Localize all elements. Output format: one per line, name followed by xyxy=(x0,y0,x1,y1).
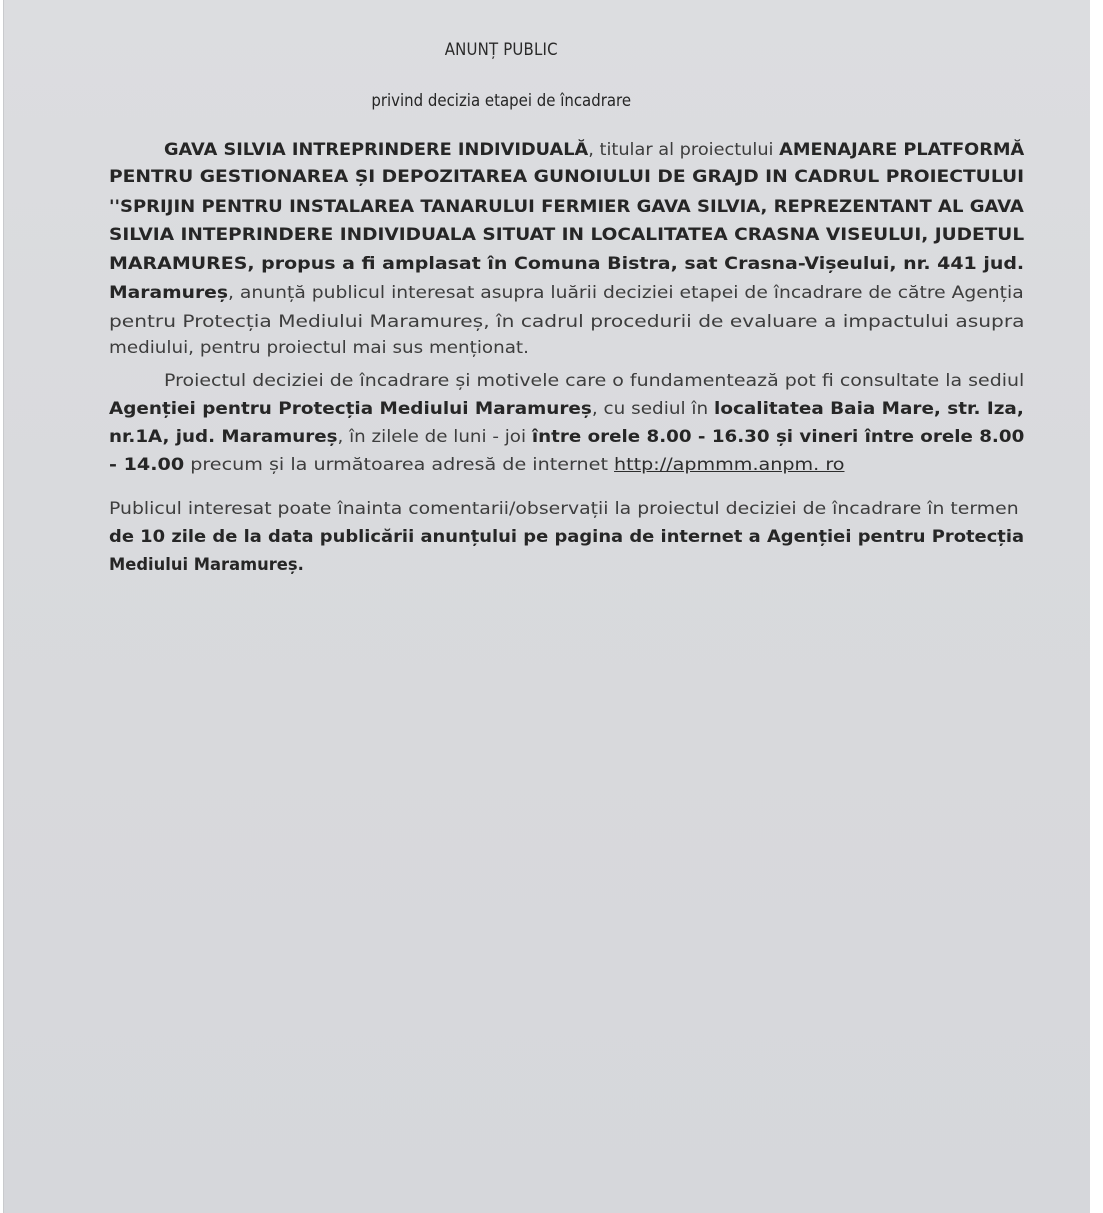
text: Proiectul deciziei de încadrare și motiv… xyxy=(164,371,1024,391)
bold-text: de 10 zile de la data publicării anunțul… xyxy=(109,527,1024,547)
bold-text: între orele 8.00 - 16.30 și vineri între… xyxy=(532,427,1024,447)
text-line: Proiectul deciziei de încadrare și motiv… xyxy=(164,371,1024,391)
text-line: - 14.00 precum și la următoarea adresă d… xyxy=(109,455,844,475)
text-line: PENTRU GESTIONAREA ȘI DEPOZITAREA GUNOIU… xyxy=(109,167,1024,187)
text: , anunță publicul interesat asupra luări… xyxy=(228,283,1024,303)
text-line: MARAMURES, propus a fi amplasat în Comun… xyxy=(109,254,1024,274)
bold-text: localitatea Baia Mare, str. Iza, xyxy=(714,399,1024,419)
text-line: Maramureș, anunță publicul interesat asu… xyxy=(109,283,1024,303)
text-line: Publicul interesat poate înainta comenta… xyxy=(109,499,1019,519)
text: pentru Protecția Mediului Maramureș, în … xyxy=(109,312,1025,332)
text: , în zilele de luni - joi xyxy=(337,427,531,447)
bold-text: AMENAJARE PLATFORMĂ xyxy=(779,140,1024,160)
document-title: ANUNȚ PUBLIC xyxy=(4,40,998,60)
bold-text: ''SPRIJIN PENTRU INSTALAREA TANARULUI FE… xyxy=(109,197,1024,217)
bold-text: MARAMURES, propus a fi amplasat în Comun… xyxy=(109,254,1024,274)
text-line: Agenției pentru Protecția Mediului Maram… xyxy=(109,399,1024,419)
bold-text: Mediului Maramureș. xyxy=(109,555,304,575)
text-line: pentru Protecția Mediului Maramureș, în … xyxy=(109,312,1025,332)
text-line: ''SPRIJIN PENTRU INSTALAREA TANARULUI FE… xyxy=(109,197,1024,217)
text-line: Mediului Maramureș. xyxy=(109,555,304,575)
bold-text: - 14.00 xyxy=(109,455,184,475)
bold-text: Maramureș xyxy=(109,283,228,303)
text-line: mediului, pentru proiectul mai sus menți… xyxy=(109,338,529,358)
bold-text: Agenției pentru Protecția Mediului Maram… xyxy=(109,399,592,419)
text: , titular al proiectului xyxy=(588,140,779,160)
text: mediului, pentru proiectul mai sus menți… xyxy=(109,338,529,358)
bold-text: GAVA SILVIA INTREPRINDERE INDIVIDUALĂ xyxy=(164,140,588,160)
text-line: SILVIA INTEPRINDERE INDIVIDUALA SITUAT I… xyxy=(109,225,1024,245)
text: Publicul interesat poate înainta comenta… xyxy=(109,499,1019,519)
website-link[interactable]: http://apmmm.anpm. ro xyxy=(614,455,844,475)
document-page: ANUNȚ PUBLIC privind decizia etapei de î… xyxy=(3,0,1090,1213)
text-line: GAVA SILVIA INTREPRINDERE INDIVIDUALĂ, t… xyxy=(164,140,1024,160)
bold-text: SILVIA INTEPRINDERE INDIVIDUALA SITUAT I… xyxy=(109,225,1024,245)
text: , cu sediul în xyxy=(592,399,714,419)
text: precum și la următoarea adresă de intern… xyxy=(184,455,614,475)
bold-text: nr.1A, jud. Maramureș xyxy=(109,427,337,447)
bold-text: PENTRU GESTIONAREA ȘI DEPOZITAREA GUNOIU… xyxy=(109,167,1024,187)
text-line: de 10 zile de la data publicării anunțul… xyxy=(109,527,1024,547)
document-subtitle: privind decizia etapei de încadrare xyxy=(4,91,998,111)
text-line: nr.1A, jud. Maramureș, în zilele de luni… xyxy=(109,427,1024,447)
